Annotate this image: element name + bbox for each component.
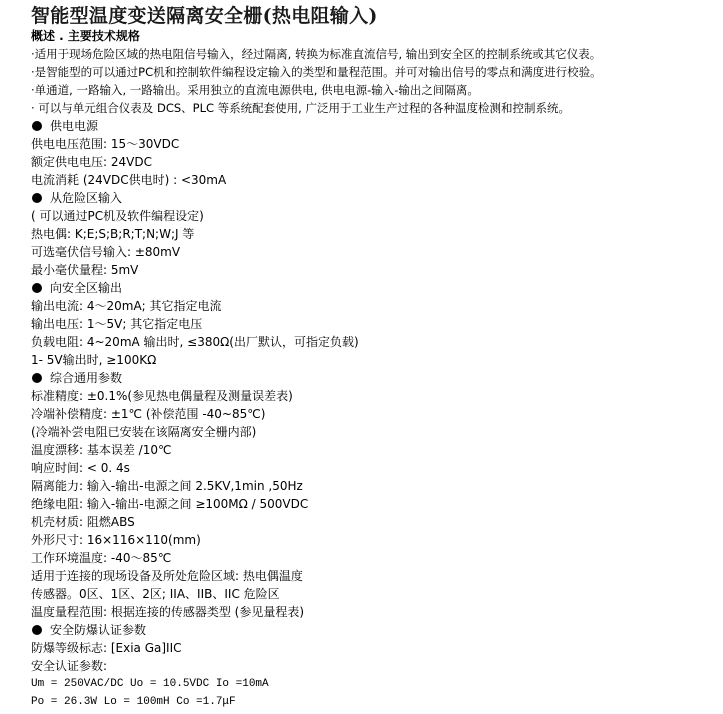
filled-circle-bullet-icon	[32, 193, 42, 203]
overview-list: ·适用于现场危险区域的热电阻信号输入，经过隔离, 转换为标准直流信号, 输出到安…	[31, 45, 721, 117]
section-heading: 从危险区输入	[31, 189, 721, 207]
spec-line: 额定供电电压: 24VDC	[31, 153, 721, 171]
spec-line: 冷端补偿精度: ±1℃ (补偿范围 -40~85℃)	[31, 405, 721, 423]
section-subtitle: 概述 . 主要技术规格	[31, 28, 721, 44]
spec-line: 供电电压范围: 15～30VDC	[31, 135, 721, 153]
section-heading: 供电电源	[31, 117, 721, 135]
spec-line: 最小毫伏量程: 5mV	[31, 261, 721, 279]
overview-item: · 可以与单元组合仪表及 DCS、PLC 等系统配套使用, 广泛用于工业生产过程…	[31, 99, 721, 117]
cert-params-line: Um = 250VAC/DC Uo = 10.5VDC Io =10mA	[31, 675, 721, 693]
spec-line: 适用于连接的现场设备及所处危险区域: 热电偶温度	[31, 567, 721, 585]
filled-circle-bullet-icon	[32, 121, 42, 131]
spec-line: 输出电压: 1～5V; 其它指定电压	[31, 315, 721, 333]
spec-line: (冷端补尝电阻已安装在该隔离安全栅内部)	[31, 423, 721, 441]
spec-line: 负载电阻: 4~20mA 输出时, ≤380Ω(出厂默认，可指定负载)	[31, 333, 721, 351]
spec-line: 输出电流: 4～20mA; 其它指定电流	[31, 297, 721, 315]
filled-circle-bullet-icon	[32, 373, 42, 383]
spec-line: 机壳材质: 阻燃ABS	[31, 513, 721, 531]
spec-line: 防爆等级标志: [Exia Ga]IIC	[31, 639, 721, 657]
overview-item: ·单通道, 一路输入, 一路输出。采用独立的直流电源供电, 供电电源-输入-输出…	[31, 81, 721, 99]
spec-line: 安全认证参数:	[31, 657, 721, 675]
page-title: 智能型温度变送隔离安全栅(热电阻输入)	[31, 4, 721, 28]
section-hazardous-input: 从危险区输入 ( 可以通过PC机及软件编程设定) 热电偶: K;E;S;B;R;…	[31, 189, 721, 279]
spec-line: 温度量程范围: 根据连接的传感器类型 (参见量程表)	[31, 603, 721, 621]
spec-line: 工作环境温度: -40～85℃	[31, 549, 721, 567]
section-heading: 向安全区输出	[31, 279, 721, 297]
spec-line: 热电偶: K;E;S;B;R;T;N;W;J 等	[31, 225, 721, 243]
spec-line: 可选毫伏信号输入: ±80mV	[31, 243, 721, 261]
spec-line: 电流消耗 (24VDC供电时) : <30mA	[31, 171, 721, 189]
section-general-params: 综合通用参数 标准精度: ±0.1%(参见热电偶量程及测量误差表) 冷端补偿精度…	[31, 369, 721, 621]
overview-item: ·适用于现场危险区域的热电阻信号输入，经过隔离, 转换为标准直流信号, 输出到安…	[31, 45, 721, 63]
spec-line: ( 可以通过PC机及软件编程设定)	[31, 207, 721, 225]
spec-line: 温度漂移: 基本误差 /10℃	[31, 441, 721, 459]
overview-item: ·是智能型的可以通过PC机和控制软件编程设定输入的类型和量程范围。并可对输出信号…	[31, 63, 721, 81]
filled-circle-bullet-icon	[32, 625, 42, 635]
cert-params-line: Po = 26.3W Lo = 100mH Co =1.7μF	[31, 693, 721, 711]
section-heading: 综合通用参数	[31, 369, 721, 387]
section-ex-certification: 安全防爆认证参数 防爆等级标志: [Exia Ga]IIC 安全认证参数: Um…	[31, 621, 721, 711]
section-heading: 安全防爆认证参数	[31, 621, 721, 639]
spec-line: 绝缘电阻: 输入-输出-电源之间 ≥100MΩ / 500VDC	[31, 495, 721, 513]
spec-line: 响应时间: < 0. 4s	[31, 459, 721, 477]
spec-line: 隔离能力: 输入-输出-电源之间 2.5KV,1min ,50Hz	[31, 477, 721, 495]
spec-line: 标准精度: ±0.1%(参见热电偶量程及测量误差表)	[31, 387, 721, 405]
spec-document: 智能型温度变送隔离安全栅(热电阻输入) 概述 . 主要技术规格 ·适用于现场危险…	[31, 4, 721, 711]
section-safe-output: 向安全区输出 输出电流: 4～20mA; 其它指定电流 输出电压: 1～5V; …	[31, 279, 721, 369]
filled-circle-bullet-icon	[32, 283, 42, 293]
spec-line: 传感器。0区、1区、2区; IIA、IIB、IIC 危险区	[31, 585, 721, 603]
spec-line: 1- 5V输出时, ≥100KΩ	[31, 351, 721, 369]
section-power-supply: 供电电源 供电电压范围: 15～30VDC 额定供电电压: 24VDC 电流消耗…	[31, 117, 721, 189]
spec-line: 外形尺寸: 16×116×110(mm)	[31, 531, 721, 549]
